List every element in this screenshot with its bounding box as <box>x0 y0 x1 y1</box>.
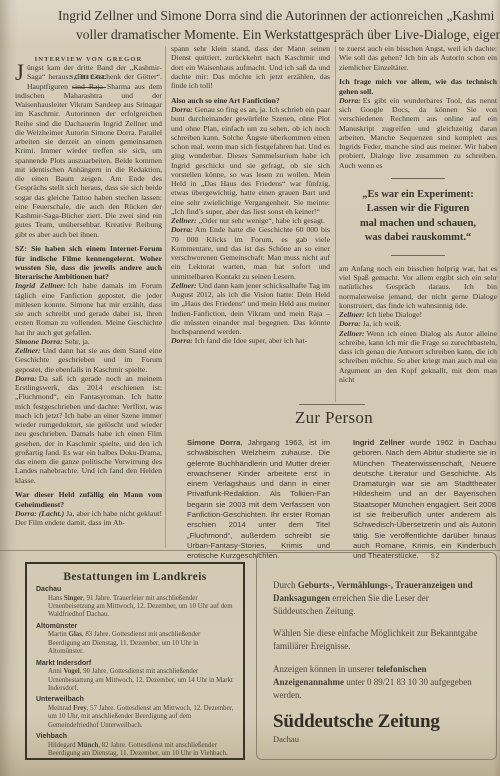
speaker-label: Simone Dorra: <box>15 337 65 346</box>
article-paragraph: am Anfang noch ein bisschen holprig war,… <box>339 264 497 310</box>
paragraph-text: Wenn ich einen Dialog als Autor alleine … <box>339 329 497 384</box>
paragraph-text: Es gibt ein wunderbares Tool, das nennt … <box>339 96 497 170</box>
obituary-surname: Münch <box>77 742 98 749</box>
obituary-place: Viehbach <box>36 733 234 742</box>
ads-text: Durch Geburts-, Vermählungs-, Traueranze… <box>273 579 480 701</box>
article-column-2: spann sehr klein stand, dass der Mann se… <box>171 44 330 404</box>
obituary-place: Dachau <box>36 586 234 595</box>
obituary-given-name: Meinrad <box>48 705 73 712</box>
speaker-label: Zellner: <box>171 281 199 290</box>
article-paragraph: Dorra:Am Ende hatte die Geschichte 60 00… <box>171 225 330 281</box>
sz-logo-city: Dachau <box>273 734 480 744</box>
article-paragraph: Zellner:Und dann hat sie aus dem Stand e… <box>15 346 162 374</box>
obituary-given-name: Martin <box>48 631 68 638</box>
paragraph-text: War dieser Held zufällig ein Mann vom Ge… <box>15 490 162 508</box>
article-paragraph: te zuerst auch ein bisschen Angst, weil … <box>339 44 497 72</box>
bio-text: wurde 1962 in Dachau geboren. Nach dem A… <box>353 438 496 560</box>
paragraph-text: Ich frage mich vor allem, wie das techni… <box>339 77 497 95</box>
speaker-label: Zellner: <box>171 216 199 225</box>
zur-person-rule <box>299 404 365 405</box>
obituary-surname: Glas <box>68 631 81 638</box>
article-paragraph: War dieser Held zufällig ein Mann vom Ge… <box>15 490 162 509</box>
article-paragraph: Simone Dorra:Sehr, ja. <box>15 337 162 346</box>
paragraph-text: Ich habe damals im Forum täglich eine Fa… <box>15 281 162 336</box>
article-paragraph: Zellner:Ich liebe Dialoge! <box>339 310 497 319</box>
paragraph-text: Ich liebe Dialoge! <box>367 310 423 319</box>
obituary-surname: Singer <box>64 595 83 602</box>
obituary-entry: Dachau Hans Singer, 91 Jahre. Trauerfeie… <box>36 586 234 620</box>
obituary-given-name: Hans <box>48 595 64 602</box>
speaker-label: Dorra: <box>171 105 195 114</box>
article-paragraph: Dorra:Es gibt ein wunderbares Tool, das … <box>339 96 497 170</box>
article-paragraph: Dorra:Ich fand die Idee super, aber ich … <box>171 336 330 345</box>
obituary-given-name: Hildegard <box>48 742 77 749</box>
obituary-text: Meinrad Frey, 57 Jahre. Gottesdienst am … <box>48 705 234 730</box>
paragraph-text: spann sehr klein stand, dass der Mann se… <box>171 44 330 90</box>
paragraph-text: Sehr, ja. <box>65 337 90 346</box>
obituary-text: Martin Glas, 83 Jahre. Gottesdienst mit … <box>48 631 234 656</box>
article-paragraph: Dorra:Da saß ich gerade noch an meinem E… <box>15 374 162 485</box>
zur-person-title: Zur Person <box>168 408 500 428</box>
newspaper-page: { "colors": { "paper": "#d3cab5", "ink":… <box>0 0 500 776</box>
ad-paragraph: Anzeigen können in unserer telefonischen… <box>273 663 480 701</box>
speaker-label: Dorra: <box>15 374 39 383</box>
headline-line-2: voller dramatischer Momente. Ein Werksta… <box>0 26 500 45</box>
paragraph-text: am Anfang noch ein bisschen holprig war,… <box>339 264 497 310</box>
paragraph-text: SZ: Sie haben sich einem Internet-Forum … <box>15 244 162 281</box>
obituary-entry: Viehbach Hildegard Münch, 82 Jahre. Gott… <box>36 733 234 758</box>
zur-person-section: Simone Dorra, Jahrgang 1963, ist im schw… <box>187 438 496 563</box>
page-section-divider <box>0 550 500 551</box>
paragraph-text: Da saß ich gerade noch an meinem Erstlin… <box>15 374 162 485</box>
article-paragraph: spann sehr klein stand, dass der Mann se… <box>171 44 330 90</box>
obituary-surname: Frey <box>73 705 87 712</box>
ads-box: Durch Geburts-, Vermählungs-, Traueranze… <box>256 552 497 760</box>
paragraph-text: Jüngst kam der dritte Band der „Kashmir-… <box>15 63 162 239</box>
paragraph-text: „Oder nur sehr wenige“, habe ich gesagt. <box>199 216 325 225</box>
paragraph-text: Ich fand die Idee super, aber ich hat- <box>195 336 307 345</box>
obituaries-box: Bestattungen im Landkreis Dachau Hans Si… <box>25 562 245 760</box>
obituaries-title: Bestattungen im Landkreis <box>36 571 234 583</box>
paragraph-text: te zuerst auch ein bisschen Angst, weil … <box>339 44 497 72</box>
paragraph-text: Also auch so eine Art Fanfiction? <box>171 96 280 105</box>
article-paragraph: „Es war ein Experiment: Lassen wir die F… <box>341 178 495 256</box>
sz-logo: Süddeutsche Zeitung <box>273 711 480 733</box>
bio-text: , Jahrgang 1963, ist im schwäbischen Wel… <box>187 438 330 560</box>
bio-name: Ingrid Zellner <box>353 438 405 447</box>
obituaries-list: Dachau Hans Singer, 91 Jahre. Trauerfeie… <box>36 586 234 759</box>
ad-text-pre: Durch <box>273 580 298 590</box>
speaker-label: Dorra: (Lacht.) <box>15 509 66 518</box>
headline-line-1: Ingrid Zellner und Simone Dorra sind die… <box>0 7 500 26</box>
paragraph-text: Und dann kam jener schicksalhafte Tag im… <box>171 281 330 336</box>
zur-person-bio: Ingrid Zellner wurde 1962 in Dachau gebo… <box>353 438 496 563</box>
speaker-label: Dorra: <box>171 336 195 345</box>
article-paragraph: Dorra: (Lacht.)Ja, aber ich habe nicht g… <box>15 509 162 528</box>
speaker-label: Zellner: <box>339 310 367 319</box>
zur-person-bio: Simone Dorra, Jahrgang 1963, ist im schw… <box>187 438 330 563</box>
column-divider-2 <box>335 46 336 402</box>
column-divider-1 <box>165 46 166 548</box>
obituary-place: Altomünster <box>36 623 234 632</box>
obituary-text: Hildegard Münch, 82 Jahre. Gottesdienst … <box>48 742 234 759</box>
article-paragraph: Ingrid Zellner:Ich habe damals im Forum … <box>15 281 162 337</box>
article-paragraph: Zellner:„Oder nur sehr wenige“, habe ich… <box>171 216 330 225</box>
bio-name: Simone Dorra <box>187 438 240 447</box>
ad-paragraph: Wählen Sie diese einfache Möglichkeit zu… <box>273 627 480 653</box>
obituary-entry: Altomünster Martin Glas, 83 Jahre. Gotte… <box>36 623 234 657</box>
obituary-text: Anni Vogel, 90 Jahre. Gottesdienst mit a… <box>48 668 234 693</box>
article-paragraph: Dorra:Genau so fing es an, ja. Ich schri… <box>171 105 330 216</box>
article-paragraph: Also auch so eine Art Fanfiction? <box>171 96 330 105</box>
obituary-entry: Markt Indersdorf Anni Vogel, 90 Jahre. G… <box>36 660 234 694</box>
article-column-3: te zuerst auch ein bisschen Angst, weil … <box>339 44 497 404</box>
article-paragraph: Ich frage mich vor allem, wie das techni… <box>339 77 497 96</box>
obituary-given-name: Anni <box>48 668 64 675</box>
speaker-label: Zellner: <box>15 346 43 355</box>
speaker-label: Dorra: <box>171 225 195 234</box>
ad-paragraph: Durch Geburts-, Vermählungs-, Traueranze… <box>273 579 480 617</box>
paragraph-text: Genau so fing es an, ja. Ich schrieb ein… <box>171 105 330 216</box>
article-column-1: Jüngst kam der dritte Band der „Kashmir-… <box>15 63 162 550</box>
obituary-place: Markt Indersdorf <box>36 660 234 669</box>
speaker-label: Dorra: <box>339 319 363 328</box>
obituary-entry: Unterweilbach Meinrad Frey, 57 Jahre. Go… <box>36 696 234 730</box>
paragraph-text: „Es war ein Experiment: Lassen wir die F… <box>360 189 476 244</box>
article-paragraph: Jüngst kam der dritte Band der „Kashmir-… <box>15 63 162 239</box>
ad-text-pre: Wählen Sie diese einfache Möglichkeit zu… <box>273 628 477 651</box>
article-paragraph: SZ: Sie haben sich einem Internet-Forum … <box>15 244 162 281</box>
article-paragraph: Dorra:Ja, ich weiß. <box>339 319 497 328</box>
obituary-text: Hans Singer, 91 Jahre. Trauerfeier mit a… <box>48 595 234 620</box>
speaker-label: Zellner: <box>339 329 367 338</box>
ad-text-pre: Anzeigen können in unserer <box>273 664 376 674</box>
article-paragraph: Zellner:Und dann kam jener schicksalhaft… <box>171 281 330 337</box>
speaker-label: Ingrid Zellner: <box>15 281 68 290</box>
paragraph-text: Am Ende hatte die Geschichte 60 000 bis … <box>171 225 330 280</box>
obituary-surname: Vogel <box>64 668 80 675</box>
article-paragraph: Zellner:Wenn ich einen Dialog als Autor … <box>339 329 497 385</box>
obituary-place: Unterweilbach <box>36 696 234 705</box>
paragraph-text: Ja, ich weiß. <box>363 319 401 328</box>
speaker-label: Dorra: <box>339 96 363 105</box>
